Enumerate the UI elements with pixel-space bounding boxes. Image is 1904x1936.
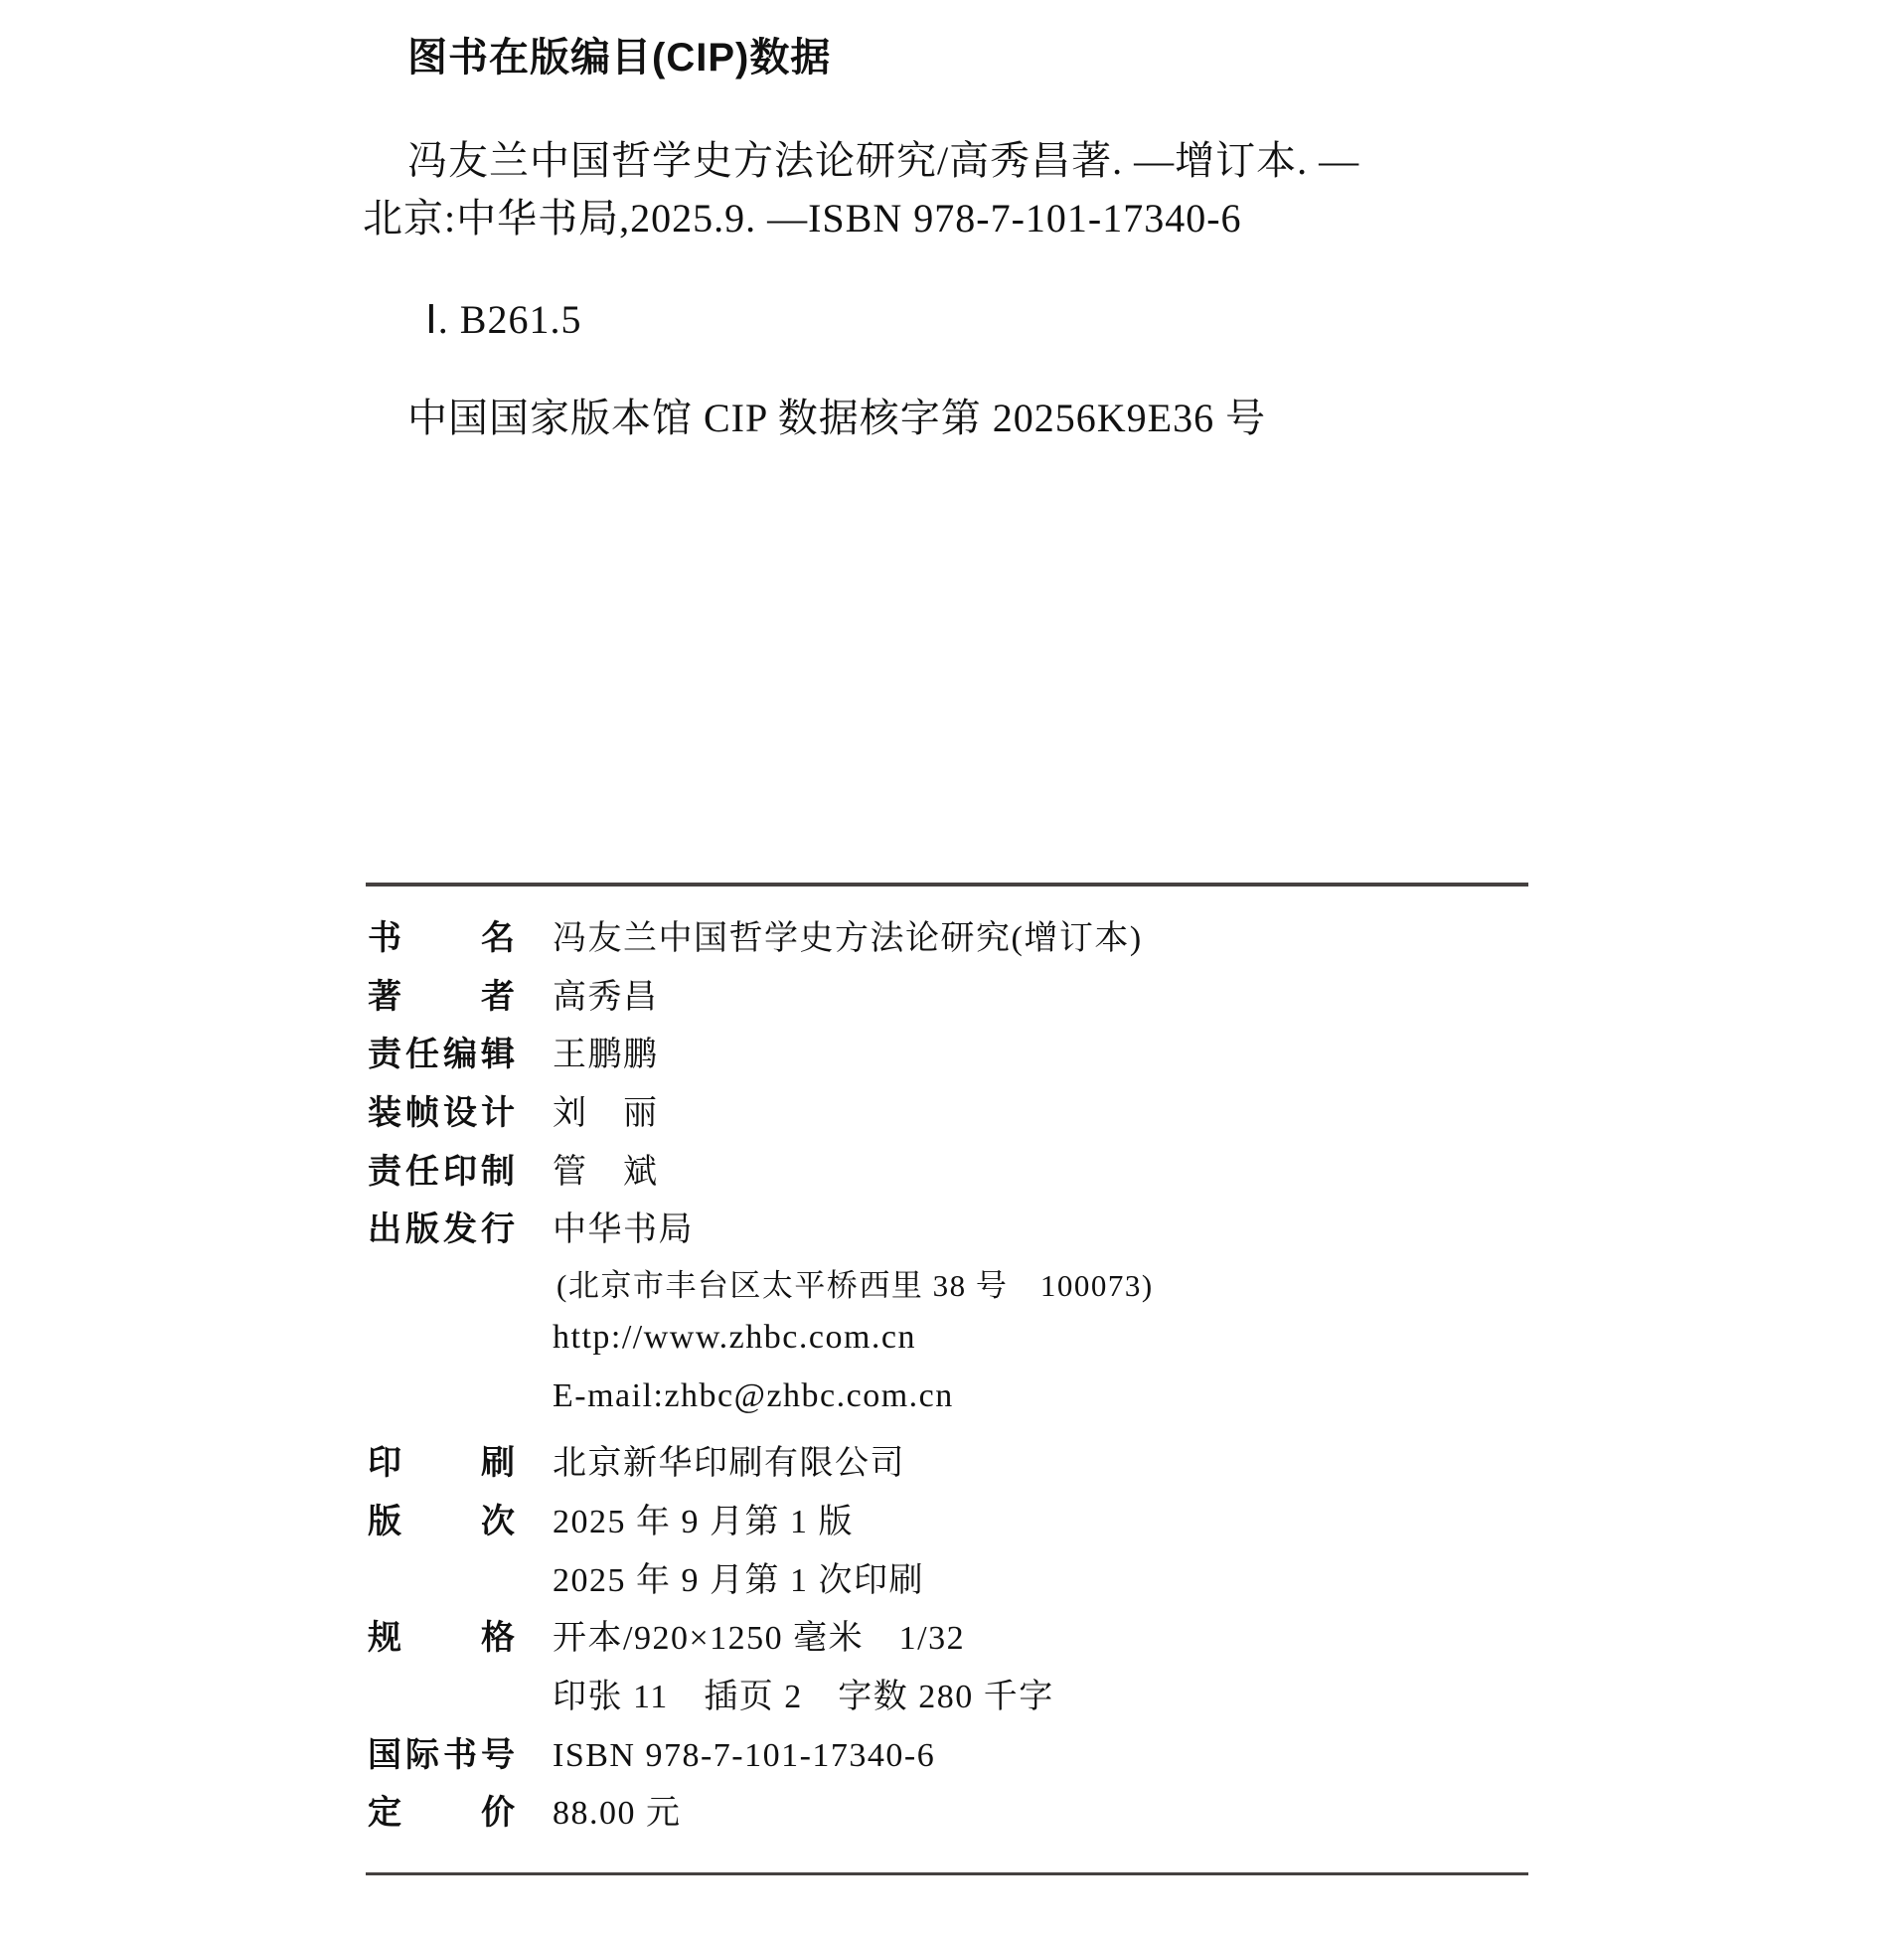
colophon-row-author: 著 者 高秀昌	[368, 969, 1660, 1028]
colophon-row-isbn: 国际书号 ISBN 978-7-101-17340-6	[368, 1727, 1660, 1786]
colophon-row-editor: 责任编辑 王鹏鹏	[368, 1027, 1660, 1085]
colophon-row-publisher-website: http://www.zhbc.com.cn	[368, 1319, 1660, 1377]
divider-bottom	[366, 1872, 1528, 1875]
row-value: 王鹏鹏	[553, 1027, 659, 1075]
row-value: http://www.zhbc.com.cn	[553, 1319, 916, 1357]
colophon-row-book-title: 书 名 冯友兰中国哲学史方法论研究(增订本)	[368, 910, 1660, 969]
colophon-row-publisher-address: (北京市丰台区太平桥西里 38 号 100073)	[368, 1260, 1660, 1319]
row-value: 开本/920×1250 毫米 1/32	[553, 1610, 965, 1659]
colophon-table: 书 名 冯友兰中国哲学史方法论研究(增订本) 著 者 高秀昌 责任编辑 王鹏鹏 …	[368, 910, 1660, 1844]
colophon-row-publisher: 出版发行 中华书局	[368, 1202, 1660, 1260]
row-value: 印张 11 插页 2 字数 280 千字	[553, 1669, 1054, 1717]
row-value: 冯友兰中国哲学史方法论研究(增订本)	[553, 910, 1143, 959]
colophon-row-designer: 装帧设计 刘 丽	[368, 1085, 1660, 1144]
row-value: 中华书局	[553, 1202, 694, 1250]
row-label: 著 者	[368, 969, 515, 1018]
cip-section-title: 图书在版编目(CIP)数据	[407, 36, 831, 80]
row-label: 国际书号	[368, 1727, 515, 1776]
row-value: 88.00 元	[553, 1785, 682, 1834]
colophon-row-printer: 印 刷 北京新华印刷有限公司	[368, 1435, 1660, 1494]
colophon-row-format: 规 格 开本/920×1250 毫米 1/32	[368, 1610, 1660, 1669]
row-value: (北京市丰台区太平桥西里 38 号 100073)	[556, 1260, 1154, 1305]
row-value: 北京新华印刷有限公司	[553, 1435, 905, 1484]
colophon-row-publisher-email: E-mail:zhbc@zhbc.com.cn	[368, 1377, 1660, 1436]
row-value: ISBN 978-7-101-17340-6	[553, 1737, 935, 1775]
row-label: 规 格	[368, 1610, 515, 1659]
colophon-row-print-run: 2025 年 9 月第 1 次印刷	[368, 1552, 1660, 1611]
row-label: 印 刷	[368, 1435, 515, 1484]
row-label: 定 价	[368, 1785, 515, 1834]
divider-top	[366, 883, 1528, 887]
colophon-row-print-supervisor: 责任印制 管 斌	[368, 1144, 1660, 1203]
row-value: E-mail:zhbc@zhbc.com.cn	[553, 1377, 954, 1415]
cip-record-line1: 冯友兰中国哲学史方法论研究/高秀昌著. —增订本. —	[407, 139, 1359, 183]
cip-record-line2: 北京:中华书局,2025.9. —ISBN 978-7-101-17340-6	[363, 197, 1242, 241]
row-value: 高秀昌	[553, 969, 659, 1018]
row-label: 责任印制	[368, 1144, 515, 1193]
cip-copyright-page: 图书在版编目(CIP)数据 冯友兰中国哲学史方法论研究/高秀昌著. —增订本. …	[0, 0, 1904, 1936]
row-label: 出版发行	[368, 1202, 515, 1250]
row-label: 装帧设计	[368, 1085, 515, 1134]
row-value: 刘 丽	[553, 1085, 659, 1134]
row-label: 版 次	[368, 1494, 515, 1542]
cip-registry-note: 中国国家版本馆 CIP 数据核字第 20256K9E36 号	[407, 397, 1266, 440]
row-value: 管 斌	[553, 1144, 659, 1193]
classification-code: Ⅰ. B261.5	[425, 298, 581, 342]
row-value: 2025 年 9 月第 1 版	[553, 1494, 854, 1542]
row-label: 责任编辑	[368, 1027, 515, 1075]
colophon-row-price: 定 价 88.00 元	[368, 1785, 1660, 1844]
colophon-row-edition: 版 次 2025 年 9 月第 1 版	[368, 1494, 1660, 1552]
colophon-row-sheets-words: 印张 11 插页 2 字数 280 千字	[368, 1669, 1660, 1727]
row-label: 书 名	[368, 910, 515, 959]
row-value: 2025 年 9 月第 1 次印刷	[553, 1552, 924, 1601]
